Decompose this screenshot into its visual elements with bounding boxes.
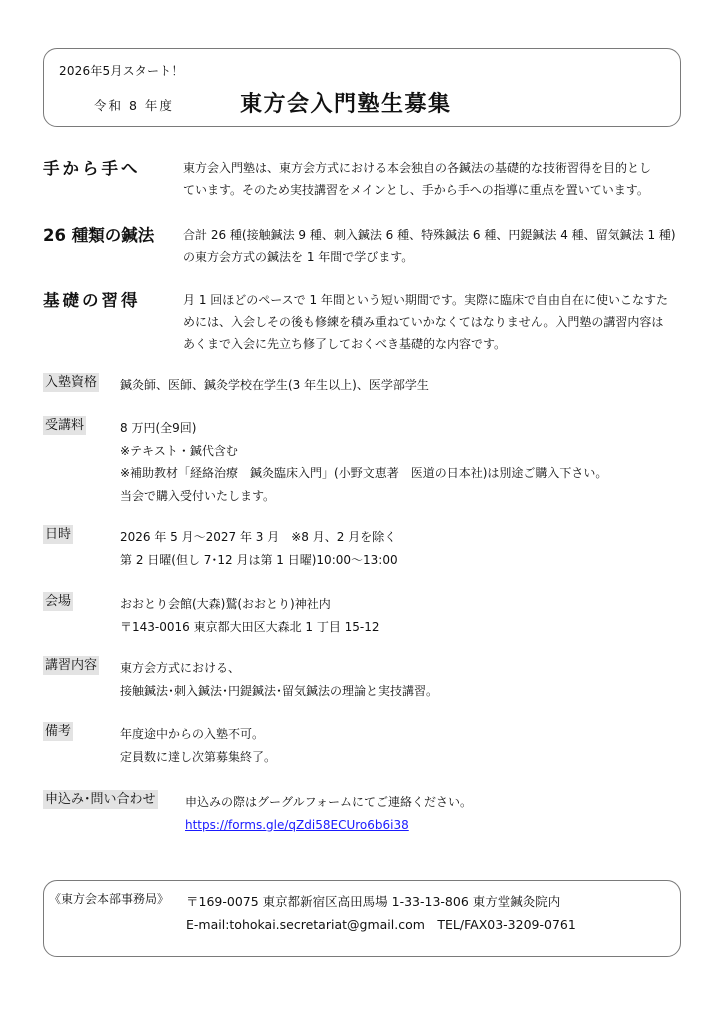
feature-line: ています。そのため実技講習をメインとし、手から手への指導に重点を置いています。 xyxy=(183,179,683,201)
info-line: 当会で購入受付いたします。 xyxy=(120,485,607,508)
feature-heading: 26 種類の鍼法 xyxy=(43,222,154,246)
footer-box: 《東方会本部事務局》 〒169-0075 東京都新宿区高田馬場 1-33-13-… xyxy=(43,880,681,957)
info-line: 定員数に達し次第募集終了。 xyxy=(120,746,276,769)
info-label: 申込み･問い合わせ xyxy=(43,790,158,809)
info-label: 備考 xyxy=(43,722,73,741)
info-line: 2026 年 5 月～2027 年 3 月 ※8 月、2 月を除く xyxy=(120,526,398,549)
info-body: 申込みの際はグーグルフォームにてご連絡ください。 https://forms.g… xyxy=(185,791,472,836)
info-body: おおとり会館(大森)鷲(おおとり)神社内 〒143-0016 東京都大田区大森北… xyxy=(120,593,380,638)
info-body: 2026 年 5 月～2027 年 3 月 ※8 月、2 月を除く 第 2 日曜… xyxy=(120,526,398,571)
info-label: 入塾資格 xyxy=(43,373,99,392)
feature-body: 東方会入門塾は、東方会方式における本会独自の各鍼法の基礎的な技術習得を目的とし … xyxy=(183,157,683,201)
info-line: おおとり会館(大森)鷲(おおとり)神社内 xyxy=(120,593,380,616)
info-line: 鍼灸師、医師、鍼灸学校在学生(3 年生以上)、医学部学生 xyxy=(120,374,429,397)
feature-heading: 手から手へ xyxy=(43,155,141,179)
info-body: 鍼灸師、医師、鍼灸学校在学生(3 年生以上)、医学部学生 xyxy=(120,374,429,397)
info-label: 日時 xyxy=(43,525,73,544)
application-form-link[interactable]: https://forms.gle/qZdi58ECUro6b6i38 xyxy=(185,818,409,832)
feature-line: 東方会入門塾は、東方会方式における本会独自の各鍼法の基礎的な技術習得を目的とし xyxy=(183,157,683,179)
footer-address: 〒169-0075 東京都新宿区高田馬場 1-33-13-806 東方堂鍼灸院内 xyxy=(186,890,576,913)
feature-heading: 基礎の習得 xyxy=(43,287,141,311)
info-line: 8 万円(全9回) xyxy=(120,417,607,440)
info-body: 年度途中からの入塾不可。 定員数に達し次第募集終了。 xyxy=(120,723,276,768)
page-title: 東方会入門塾生募集 xyxy=(240,87,452,118)
feature-body: 合計 26 種(接触鍼法 9 種、刺入鍼法 6 種、特殊鍼法 6 種、円鍉鍼法 … xyxy=(183,224,683,268)
feature-line: の東方会方式の鍼法を 1 年間で学びます。 xyxy=(183,246,683,268)
footer-details: 〒169-0075 東京都新宿区高田馬場 1-33-13-806 東方堂鍼灸院内… xyxy=(186,890,576,936)
contact-text: 申込みの際はグーグルフォームにてご連絡ください。 xyxy=(185,791,472,814)
info-body: 東方会方式における、 接触鍼法･刺入鍼法･円鍉鍼法･留気鍼法の理論と実技講習。 xyxy=(120,657,438,702)
feature-line: 合計 26 種(接触鍼法 9 種、刺入鍼法 6 種、特殊鍼法 6 種、円鍉鍼法 … xyxy=(183,224,683,246)
info-label: 受講料 xyxy=(43,416,86,435)
feature-line: めには、入会しその後も修練を積み重ねていかなくてはなりません。入門塾の講習内容は xyxy=(183,311,683,333)
info-body: 8 万円(全9回) ※テキスト・鍼代含む ※補助教材「経絡治療 鍼灸臨床入門」(… xyxy=(120,417,607,507)
info-line: ※補助教材「経絡治療 鍼灸臨床入門」(小野文恵著 医道の日本社)は別途ご購入下さ… xyxy=(120,462,607,485)
feature-line: あくまで入会に先立ち修了しておくべき基礎的な内容です。 xyxy=(183,333,683,355)
footer-contact: E-mail:tohokai.secretariat@gmail.com TEL… xyxy=(186,913,576,936)
info-label: 講習内容 xyxy=(43,656,99,675)
info-line: 第 2 日曜(但し 7･12 月は第 1 日曜)10:00～13:00 xyxy=(120,549,398,572)
info-line: 接触鍼法･刺入鍼法･円鍉鍼法･留気鍼法の理論と実技講習。 xyxy=(120,680,438,703)
info-line: 東方会方式における、 xyxy=(120,657,438,680)
info-label: 会場 xyxy=(43,592,73,611)
start-note: 2026年5月スタート！ xyxy=(59,62,184,79)
info-line: 年度途中からの入塾不可。 xyxy=(120,723,276,746)
feature-body: 月 1 回ほどのペースで 1 年間という短い期間です。実際に臨床で自由自在に使い… xyxy=(183,289,683,355)
header-box: 2026年5月スタート！ 令和 8 年度 東方会入門塾生募集 xyxy=(43,48,681,127)
fiscal-year: 令和 8 年度 xyxy=(94,96,174,114)
footer-org: 《東方会本部事務局》 xyxy=(49,890,169,907)
info-line: 〒143-0016 東京都大田区大森北 1 丁目 15-12 xyxy=(120,616,380,639)
feature-line: 月 1 回ほどのペースで 1 年間という短い期間です。実際に臨床で自由自在に使い… xyxy=(183,289,683,311)
info-line: ※テキスト・鍼代含む xyxy=(120,440,607,463)
